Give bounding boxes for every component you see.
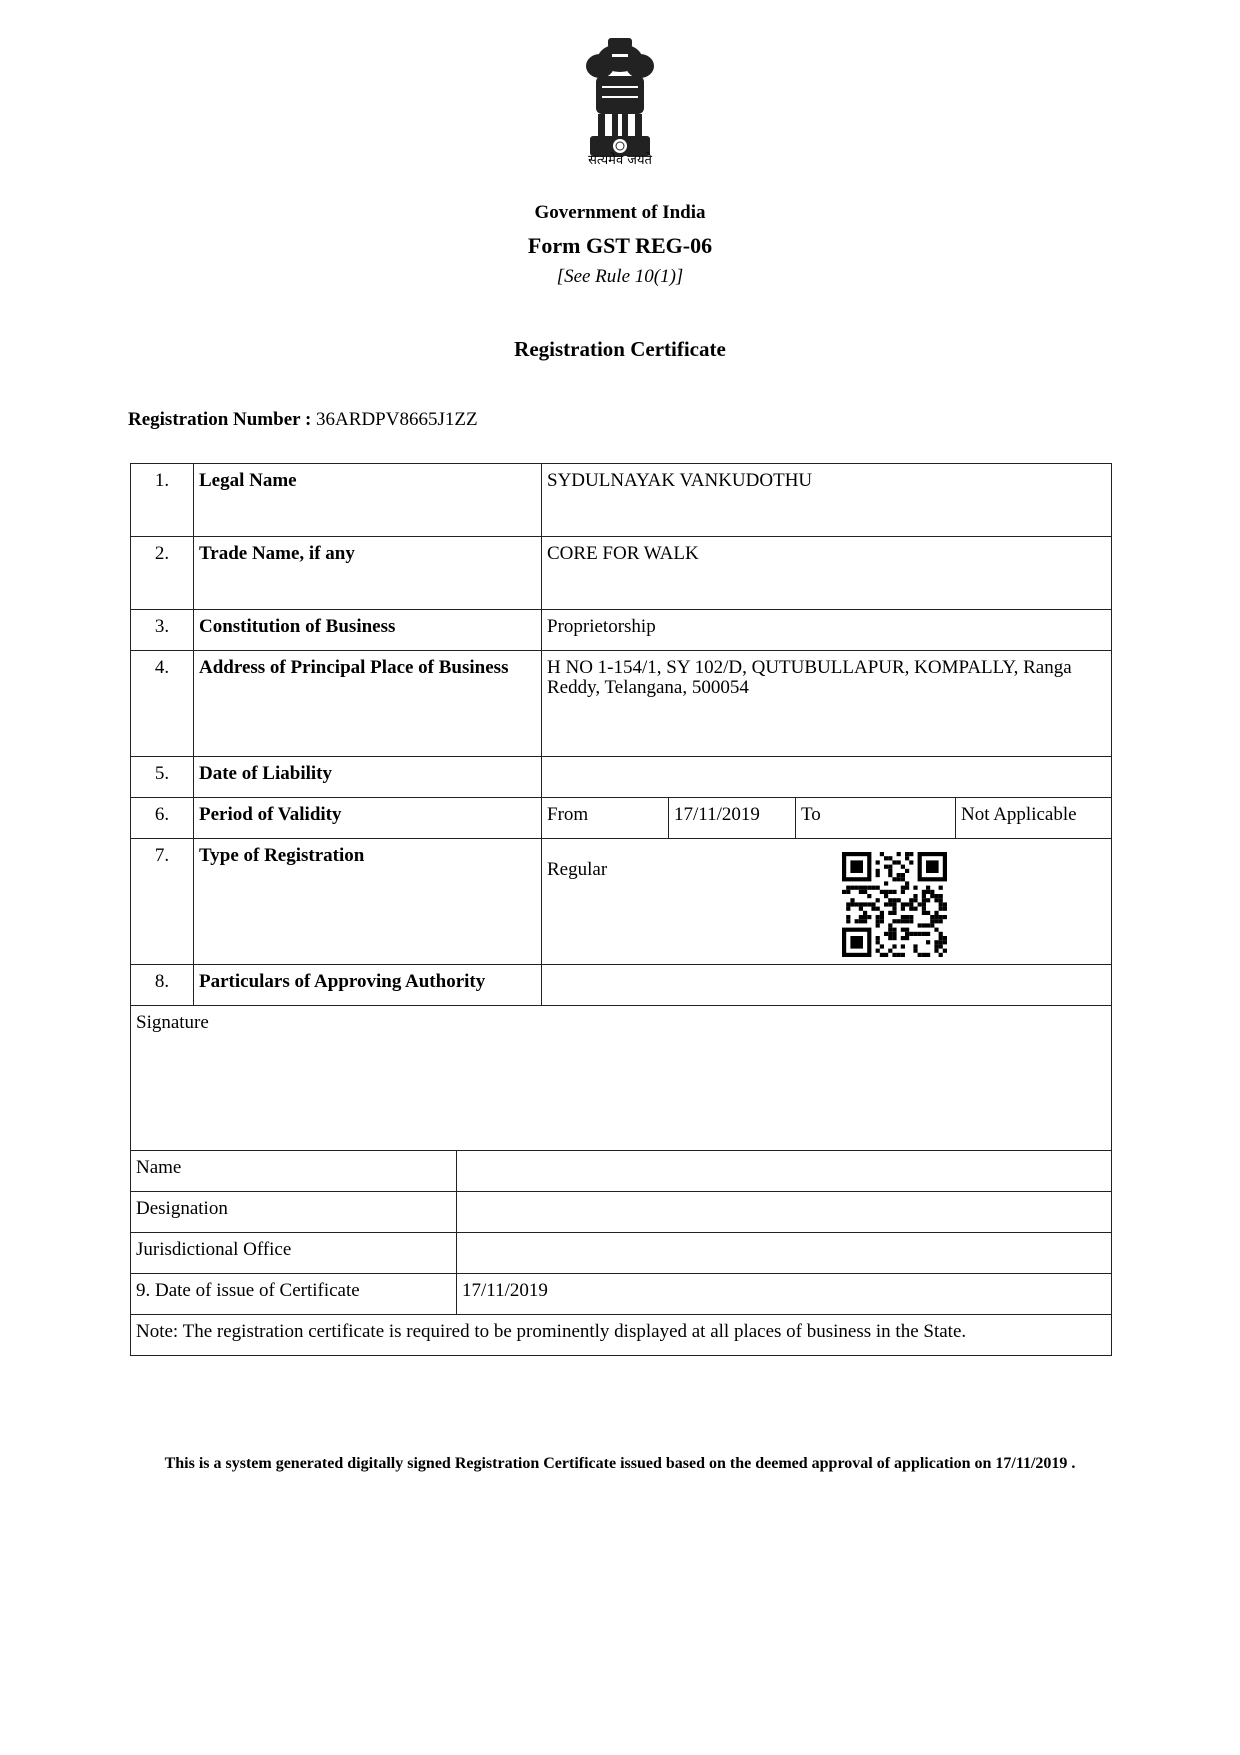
row-number: 2. <box>131 537 194 610</box>
trade-name-value: CORE FOR WALK <box>542 537 1112 610</box>
registration-number-label: Registration Number : <box>128 409 311 430</box>
legal-name-value: SYDULNAYAK VANKUDOTHU <box>542 464 1112 537</box>
row-number: 7. <box>131 839 194 965</box>
row-number: 6. <box>131 798 194 839</box>
row-label: Date of Liability <box>194 757 542 798</box>
name-value <box>457 1151 1112 1192</box>
table-row: 2. Trade Name, if any CORE FOR WALK <box>131 537 1112 610</box>
date-of-liability-value <box>542 757 1112 798</box>
issue-date-value: 17/11/2019 <box>457 1274 1112 1315</box>
name-label: Name <box>131 1151 457 1192</box>
row-label: Legal Name <box>194 464 542 537</box>
row-number: 4. <box>131 651 194 757</box>
row-label: Trade Name, if any <box>194 537 542 610</box>
row-number: 5. <box>131 757 194 798</box>
form-title: Form GST REG-06 <box>0 233 1240 259</box>
table-row: Jurisdictional Office <box>131 1233 1112 1274</box>
display-note: Note: The registration certificate is re… <box>131 1315 1112 1356</box>
table-row: Designation <box>131 1192 1112 1233</box>
validity-to-value: Not Applicable <box>956 798 1112 839</box>
row-label: Period of Validity <box>194 798 542 839</box>
table-row: Name <box>131 1151 1112 1192</box>
rule-reference: [See Rule 10(1)] <box>0 266 1240 288</box>
registration-type-value: Regular <box>547 860 1106 880</box>
issue-date-label: 9. Date of issue of Certificate <box>131 1274 457 1315</box>
validity-from-label: From <box>542 798 669 839</box>
table-row: 1. Legal Name SYDULNAYAK VANKUDOTHU <box>131 464 1112 537</box>
address-value: H NO 1-154/1, SY 102/D, QUTUBULLAPUR, KO… <box>542 651 1112 757</box>
table-row: Signature <box>131 1006 1112 1151</box>
table-row: Note: The registration certificate is re… <box>131 1315 1112 1356</box>
table-row: 9. Date of issue of Certificate 17/11/20… <box>131 1274 1112 1315</box>
approving-authority-value <box>542 965 1112 1006</box>
document-title: Registration Certificate <box>0 337 1240 362</box>
row-number: 1. <box>131 464 194 537</box>
registration-number-value: 36ARDPV8665J1ZZ <box>316 409 478 430</box>
row-label: Address of Principal Place of Business <box>194 651 542 757</box>
table-row: 5. Date of Liability <box>131 757 1112 798</box>
designation-value <box>457 1192 1112 1233</box>
table-row: 7. Type of Registration Regular <box>131 839 1112 965</box>
table-row: 6. Period of Validity From 17/11/2019 To… <box>131 798 1112 839</box>
table-row: 8. Particulars of Approving Authority <box>131 965 1112 1006</box>
registration-number: Registration Number : 36ARDPV8665J1ZZ <box>128 409 478 431</box>
row-label: Type of Registration <box>194 839 542 965</box>
row-number: 3. <box>131 610 194 651</box>
jurisdictional-office-label: Jurisdictional Office <box>131 1233 457 1274</box>
details-table: 1. Legal Name SYDULNAYAK VANKUDOTHU 2. T… <box>130 463 1112 1006</box>
validity-from-value: 17/11/2019 <box>669 798 796 839</box>
jurisdictional-office-value <box>457 1233 1112 1274</box>
designation-label: Designation <box>131 1192 457 1233</box>
government-heading: Government of India <box>0 202 1240 224</box>
table-row: 4. Address of Principal Place of Busines… <box>131 651 1112 757</box>
table-row: 3. Constitution of Business Proprietorsh… <box>131 610 1112 651</box>
row-label: Particulars of Approving Authority <box>194 965 542 1006</box>
national-emblem-icon <box>582 36 658 166</box>
qr-code-icon <box>842 852 947 957</box>
row-number: 8. <box>131 965 194 1006</box>
system-generated-notice: This is a system generated digitally sig… <box>0 1455 1240 1473</box>
national-motto: सत्यमेव जयते <box>560 150 680 168</box>
row-label: Constitution of Business <box>194 610 542 651</box>
validity-to-label: To <box>796 798 956 839</box>
registration-type-cell: Regular <box>542 839 1112 965</box>
constitution-value: Proprietorship <box>542 610 1112 651</box>
authority-table: Signature Name Designation Jurisdictiona… <box>130 1005 1112 1356</box>
signature-field: Signature <box>131 1006 1112 1151</box>
